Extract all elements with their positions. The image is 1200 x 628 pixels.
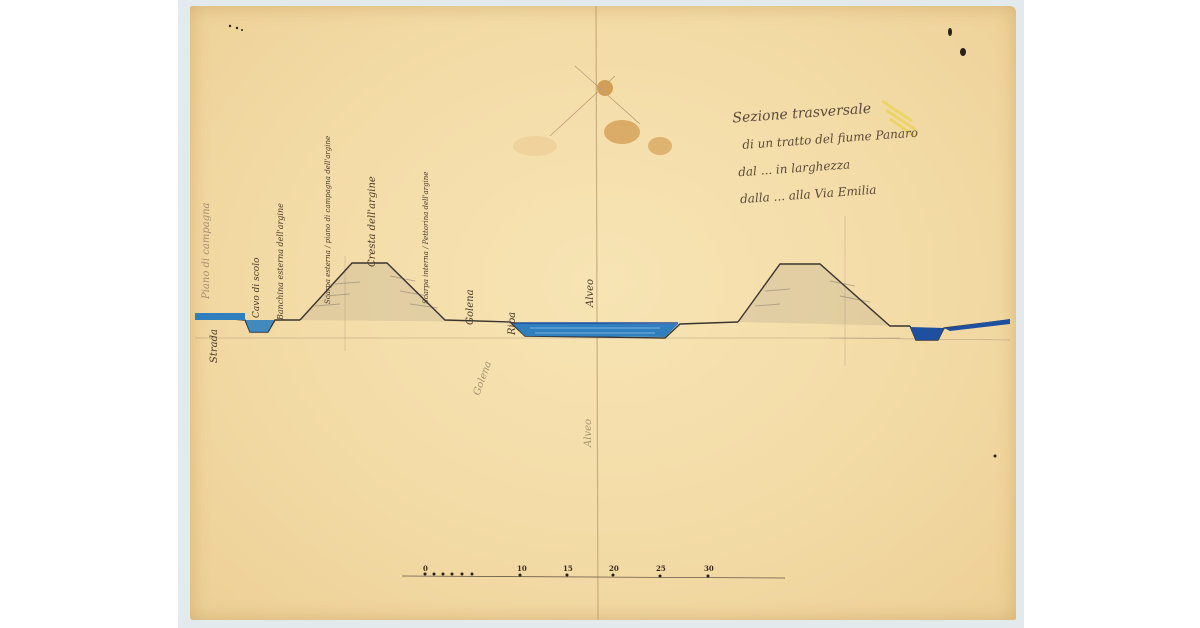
label-alveo-lower: Alveo (583, 419, 594, 447)
label-strada: Strada (209, 329, 220, 363)
label-cresta: Cresta dell'argine (367, 176, 378, 267)
river-profile (195, 263, 1010, 340)
label-scarpa-interna: Scarpa interna / Pettorina dell'argine (422, 172, 430, 304)
label-scarpa-esterna: Scarpa esterna / piano di campagna dell'… (324, 136, 332, 304)
scale-tick: 10 (517, 564, 527, 573)
scale-tick: 0 (423, 564, 428, 573)
label-cavo-scolo: Cavo di scolo (252, 258, 262, 319)
label-alveo-upper: Alveo (585, 279, 596, 307)
scale-tick: 20 (609, 564, 619, 573)
stain-marks (513, 66, 672, 156)
scale-tick: 15 (563, 564, 573, 573)
label-banchina: Banchina esterna dell'argine (276, 203, 285, 320)
document-paper: Sezione trasversale di un tratto del fiu… (190, 6, 1016, 620)
document-title: Sezione trasversale di un tratto del fiu… (732, 87, 1009, 214)
label-ripa: Ripa (507, 312, 518, 335)
label-piano-campagna: Piano di campagna (201, 202, 212, 299)
scale-bar (402, 573, 785, 579)
scale-tick: 25 (656, 564, 666, 573)
scale-tick: 30 (704, 564, 714, 573)
fold-line (596, 6, 598, 620)
